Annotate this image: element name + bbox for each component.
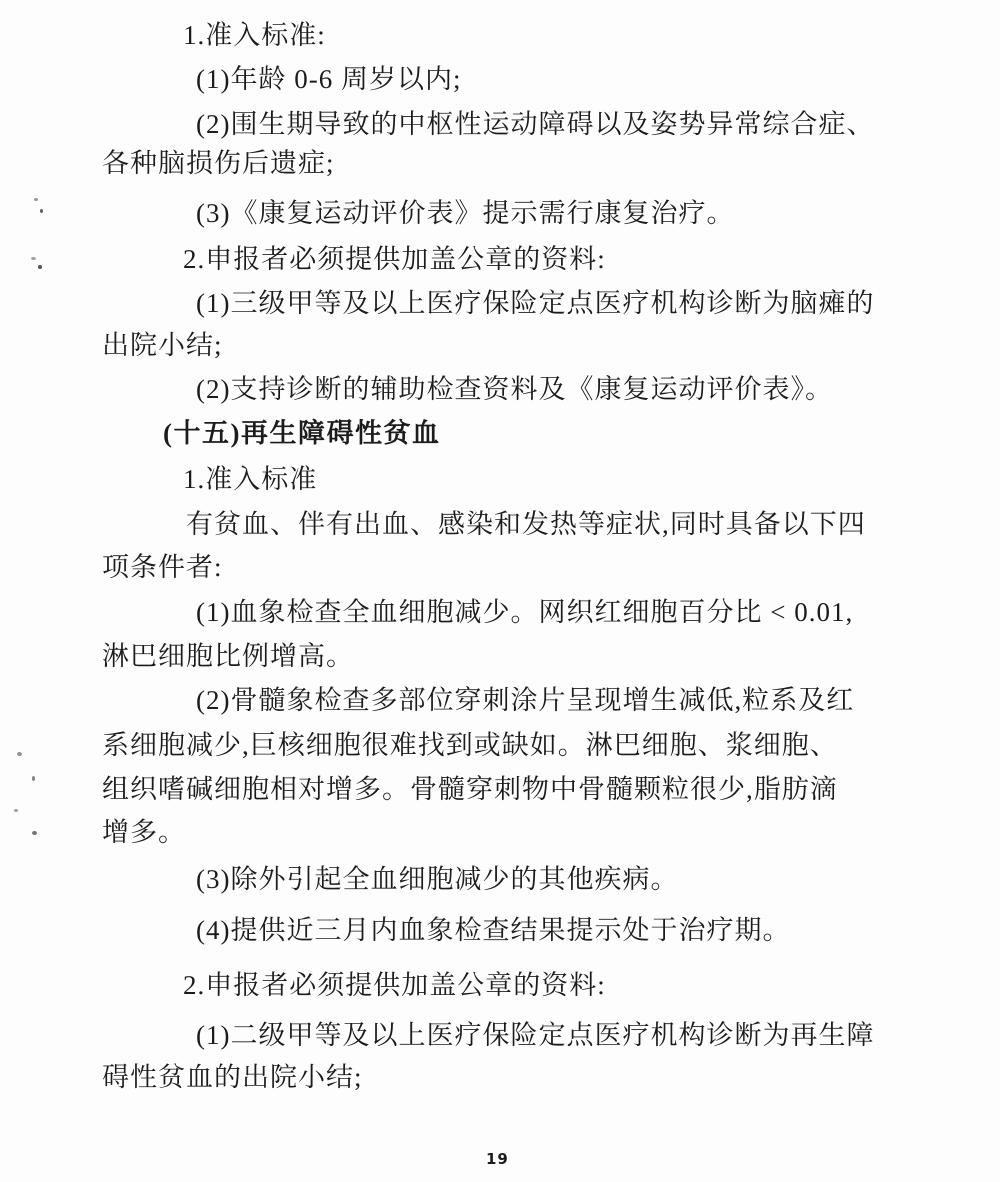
scan-speck	[32, 776, 35, 781]
text-line: (2)支持诊断的辅助检查资料及《康复运动评价表》。	[196, 371, 833, 407]
text-line: (1)三级甲等及以上医疗保险定点医疗机构诊断为脑瘫的	[196, 285, 874, 321]
text-line: 2.申报者必须提供加盖公章的资料:	[183, 967, 606, 1003]
text-line: 淋巴细胞比例增高。	[102, 638, 354, 674]
scan-speck	[40, 209, 43, 213]
text-line: (2)骨髓象检查多部位穿刺涂片呈现增生减低,粒系及红	[196, 682, 854, 718]
text-line: (1)二级甲等及以上医疗保险定点医疗机构诊断为再生障	[196, 1017, 874, 1053]
text-line: 出院小结;	[102, 327, 223, 363]
text-line: 项条件者:	[102, 549, 223, 585]
scan-speck	[34, 198, 38, 201]
text-line: 系细胞减少,巨核细胞很难找到或缺如。淋巴细胞、浆细胞、	[102, 727, 838, 763]
text-line: 1.准入标准:	[183, 17, 326, 53]
text-line: 各种脑损伤后遗症;	[102, 145, 335, 181]
text-line: 碍性贫血的出院小结;	[102, 1059, 363, 1095]
scan-speck	[31, 257, 36, 260]
text-line: 有贫血、伴有出血、感染和发热等症状,同时具备以下四	[186, 506, 866, 542]
text-line: (3)《康复运动评价表》提示需行康复治疗。	[196, 195, 734, 231]
text-line: 组织嗜碱细胞相对增多。骨髓穿刺物中骨髓颗粒很少,脂肪滴	[102, 771, 838, 807]
text-line: (1)年龄 0-6 周岁以内;	[196, 61, 461, 97]
section-heading: (十五)再生障碍性贫血	[163, 415, 440, 451]
scan-speck	[38, 265, 42, 269]
text-line: (3)除外引起全血细胞减少的其他疾病。	[196, 861, 678, 897]
text-line: (1)血象检查全血细胞减少。网织红细胞百分比 < 0.01,	[196, 594, 853, 630]
scanned-document-page: 1.准入标准: (1)年龄 0-6 周岁以内; (2)围生期导致的中枢性运动障碍…	[0, 0, 1000, 1182]
page-number: 19	[486, 1150, 509, 1168]
text-line: 1.准入标准	[183, 461, 317, 497]
text-line: 2.申报者必须提供加盖公章的资料:	[183, 241, 606, 277]
scan-speck	[17, 752, 22, 756]
text-line: (2)围生期导致的中枢性运动障碍以及姿势异常综合症、	[196, 106, 874, 142]
scan-speck	[14, 809, 18, 812]
text-line: 增多。	[102, 814, 186, 850]
scan-speck	[32, 831, 37, 835]
text-line: (4)提供近三月内血象检查结果提示处于治疗期。	[196, 912, 790, 948]
